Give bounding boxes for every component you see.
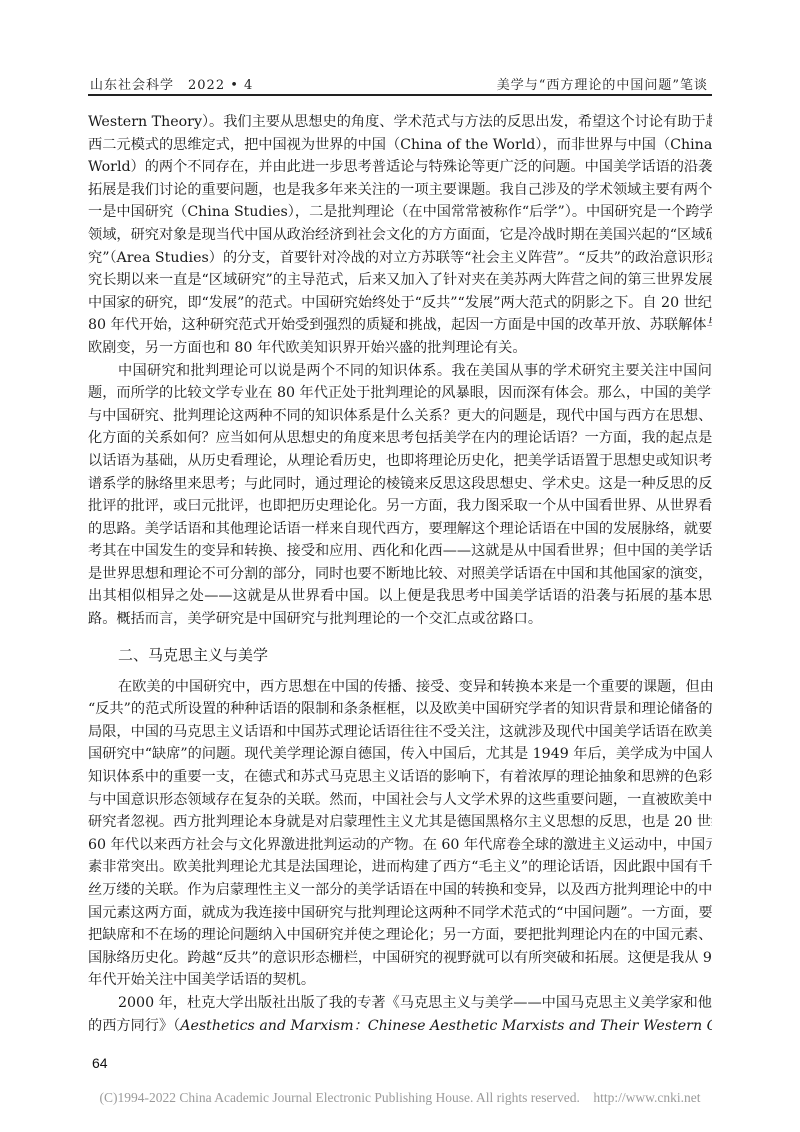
page-number: 64 [92,1055,108,1071]
text-line: 研究者忽视。西方批判理论本身就是对启蒙理性主义尤其是德国黑格尔主义思想的反思，也… [88,811,712,834]
text-line: “反共”的范式所设置的种种话语的限制和条条框框，以及欧美中国研究学者的知识背景和… [88,698,712,721]
text-line: 丝万缕的关联。作为启蒙理性主义一部分的美学话语在中国的转换和变异，以及西方批判理… [88,879,712,902]
text-run: 的西方同行》（ [88,1018,180,1034]
text-line: 年代开始关注中国美学话语的契机。 [88,969,712,992]
text-line: 把缺席和不在场的理论问题纳入中国研究并使之理论化；另一方面，要把批判理论内在的中… [88,924,712,947]
text-line: 欧剧变，另一方面也和 80 年代欧美知识界开始兴盛的批判理论有关。 [88,337,712,360]
text-line: 化方面的关系如何？应当如何从思想史的角度来思考包括美学在内的理论话语？一方面，我… [88,427,712,450]
text-line: 以话语为基础，从历史看理论，从理论看历史，也即将理论历史化，把美学话语置于思想史… [88,450,712,473]
text-line: 是世界思想和理论不可分割的部分，同时也要不断地比较、对照美学话语在中国和其他国家… [88,563,712,586]
text-line: 考其在中国发生的变异和转换、接受和应用、西化和化西——这就是从中国看世界；但中国… [88,540,712,563]
text-line: 知识体系中的重要一支，在德式和苏式马克思主义话语的影响下，有着浓厚的理论抽象和思… [88,766,712,789]
text-line: 题，而所学的比较文学专业在 80 年代正处于批判理论的风暴眼，因而深有体会。那么… [88,382,712,405]
text-line: Western Theory）。我们主要从思想史的角度、学术范式与方法的反思出发… [88,111,712,134]
text-line: 拓展是我们讨论的重要问题，也是我多年来关注的一项主要课题。我自己涉及的学术领域主… [88,179,712,202]
text-line: 中国研究和批判理论可以说是两个不同的知识体系。我在美国从事的学术研究主要关注中国… [88,360,712,383]
article-body: Western Theory）。我们主要从思想史的角度、学术范式与方法的反思出发… [88,111,712,1037]
paragraph: 在欧美的中国研究中，西方思想在中国的传播、接受、变异和转换本来是一个重要的课题，… [88,676,712,992]
text-line: 谱系学的脉络里来思考；与此同时，通过理论的棱镜来反思这段思想史、学术史。这是一种… [88,473,712,496]
paragraph: 中国研究和批判理论可以说是两个不同的知识体系。我在美国从事的学术研究主要关注中国… [88,360,712,631]
journal-issue: 山东社会科学 2022 • 4 [90,74,253,93]
text-line: 80 年代开始，这种研究范式开始受到强烈的质疑和挑战，起因一方面是中国的改革开放… [88,314,712,337]
text-line: 国研究中“缺席”的问题。现代美学理论源自德国，传入中国后，尤其是 1949 年后… [88,743,712,766]
text-line: 局限，中国的马克思主义话语和中国苏式理论话语往往不受关注，这就涉及现代中国美学话… [88,721,712,744]
header-rule [88,94,712,96]
text-line: 与中国意识形态领域存在复杂的关联。然而，中国社会与人文学术界的这些重要问题，一直… [88,789,712,812]
copyright-notice: (C)1994-2022 China Academic Journal Elec… [0,1086,800,1106]
text-line: 中国家的研究，即“发展”的范式。中国研究始终处于“反共”“发展”两大范式的阴影之… [88,292,712,315]
book-title-italic: Aesthetics and Marxism：Chinese Aesthetic… [180,1018,712,1034]
paragraph: Western Theory）。我们主要从思想史的角度、学术范式与方法的反思出发… [88,111,712,360]
text-line: 领域，研究对象是现当代中国从政治经济到社会文化的方方面面，它是冷战时期在美国兴起… [88,224,712,247]
text-line: 路。概括而言，美学研究是中国研究与批判理论的一个交汇点或岔路口。 [88,608,712,631]
paragraph: 2000 年，杜克大学出版社出版了我的专著《马克思主义与美学——中国马克思主义美… [88,992,712,1037]
text-line: World）的两个不同存在，并由此进一步思考普适论与特殊论等更广泛的问题。中国美… [88,156,712,179]
running-header: 山东社会科学 2022 • 4 美学与“西方理论的中国问题”笔谈 [88,72,712,94]
text-line: 究长期以来一直是“区域研究”的主导范式，后来又加入了针对夹在美苏两大阵营之间的第… [88,269,712,292]
section-heading: 二、马克思主义与美学 [88,633,712,677]
text-line: 出其相似相异之处——这就是从世界看中国。以上便是我思考中国美学话语的沿袭与拓展的… [88,585,712,608]
text-line: 一是中国研究（China Studies），二是批判理论（在中国常常被称作“后学… [88,201,712,224]
text-line: 西二元模式的思维定式，把中国视为世界的中国（China of the World… [88,134,712,157]
text-line: 在欧美的中国研究中，西方思想在中国的传播、接受、变异和转换本来是一个重要的课题，… [88,676,712,699]
text-line: 究”（Area Studies）的分支，首要针对冷战的对立方苏联等“社会主义阵营… [88,247,712,270]
text-line: 的西方同行》（Aesthetics and Marxism：Chinese Ae… [88,1015,712,1038]
column-title: 美学与“西方理论的中国问题”笔谈 [497,74,708,93]
text-line: 2000 年，杜克大学出版社出版了我的专著《马克思主义与美学——中国马克思主义美… [88,992,712,1015]
text-line: 国元素这两方面，就成为我连接中国研究与批判理论这两种不同学术范式的“中国问题”。… [88,902,712,925]
text-line: 的思路。美学话语和其他理论话语一样来自现代西方，要理解这个理论话语在中国的发展脉… [88,518,712,541]
text-line: 批评的批评，或曰元批评，也即把历史理论化。另一方面，我力图采取一个从中国看世界、… [88,495,712,518]
text-line: 国脉络历史化。跨越“反共”的意识形态栅栏，中国研究的视野就可以有所突破和拓展。这… [88,947,712,970]
text-line: 与中国研究、批判理论这两种不同的知识体系是什么关系？更大的问题是，现代中国与西方… [88,405,712,428]
text-line: 素非常突出。欧美批判理论尤其是法国理论，进而构建了西方“毛主义”的理论话语，因此… [88,856,712,879]
text-line: 60 年代以来西方社会与文化界激进批判运动的产物。在 60 年代席卷全球的激进主… [88,834,712,857]
